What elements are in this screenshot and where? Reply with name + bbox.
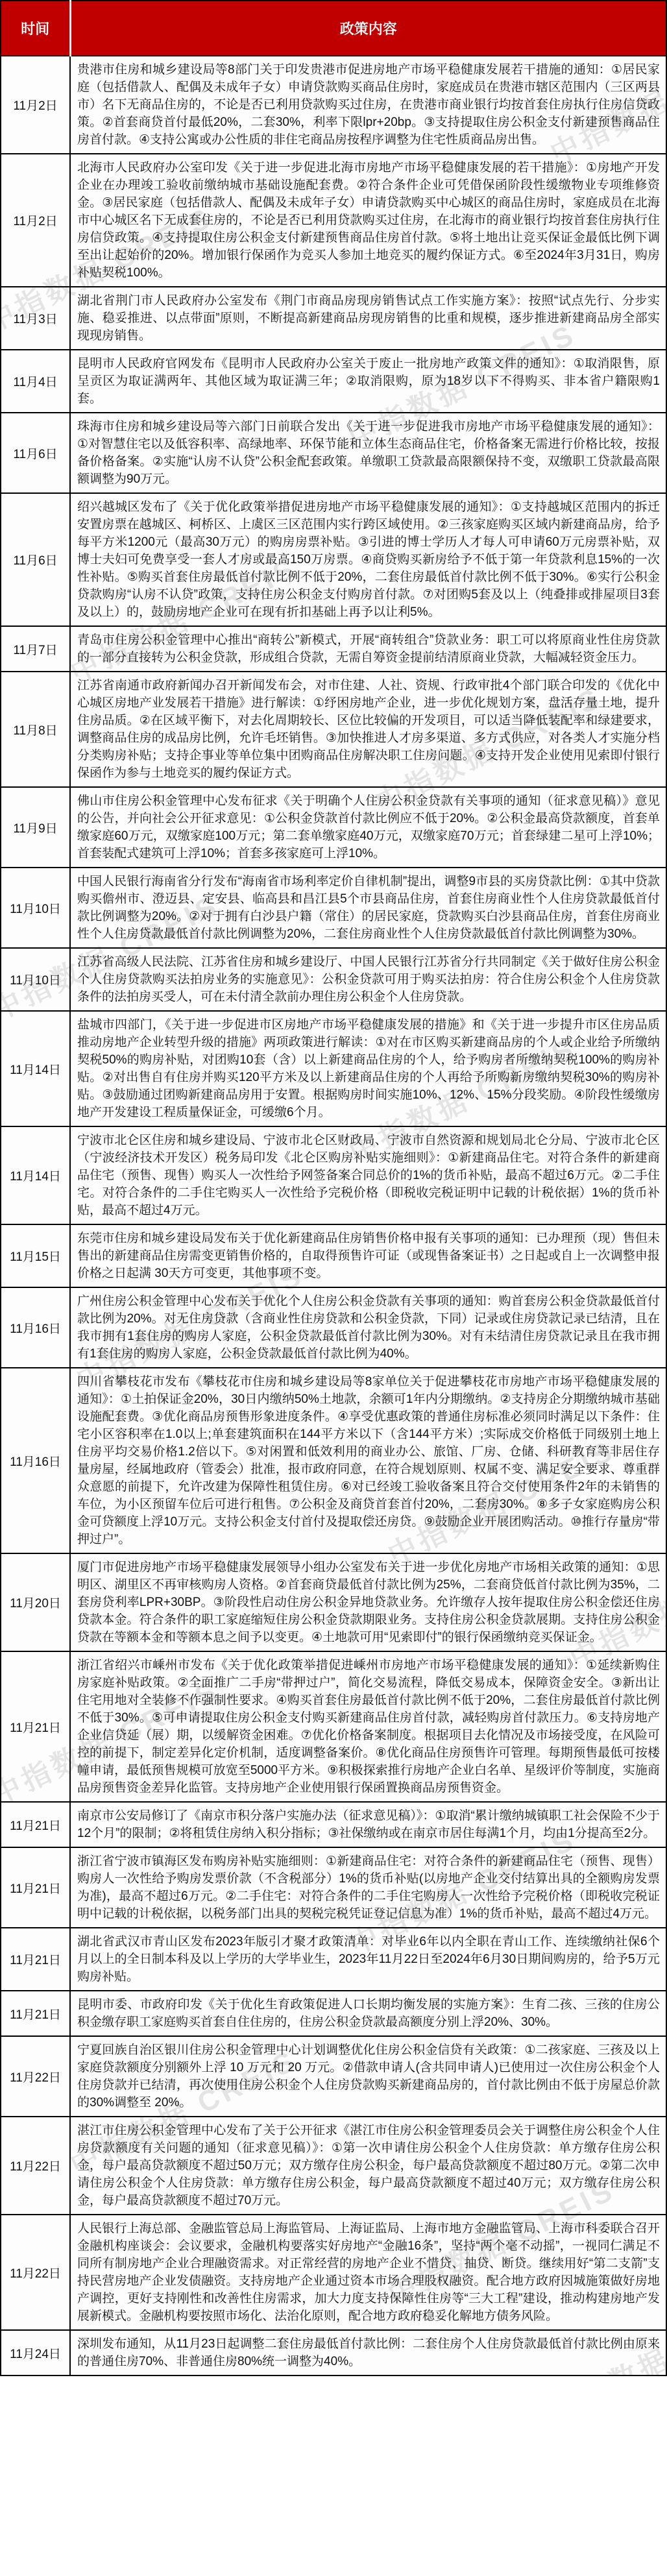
table-row: 11月2日 北海市人民政府办公室印发《关于进一步促进北海市房地产市场平稳健康发展… <box>1 154 666 287</box>
policy-date: 11月4日 <box>1 350 70 413</box>
policy-date: 11月16日 <box>1 1368 70 1553</box>
policy-content: 中国人民银行海南省分行发布“海南省市场利率定价自律机制”提出，调整9市县的买房贷… <box>70 868 666 948</box>
policy-date: 11月22日 <box>1 2215 70 2330</box>
table-row: 11月6日 绍兴越城区发布了《关于优化政策举措促进房地产市场平稳健康发展的通知》… <box>1 493 666 626</box>
table-row: 11月21日 湖北省武汉市青山区发布2023年版引才聚才政策清单：对毕业6年以内… <box>1 1928 666 1991</box>
table-row: 11月4日 昆明市人民政府官网发布《昆明市人民政府办公室关于废止一批房地产政策文… <box>1 350 666 413</box>
header-policy-content: 政策内容 <box>70 1 666 56</box>
table-row: 11月21日 浙江省宁波市镇海区发布购房补贴实施细则：①新建商品住宅：对符合条件… <box>1 1847 666 1928</box>
policy-content: 昆明市人民政府官网发布《昆明市人民政府办公室关于废止一批房地产政策文件的通知》：… <box>70 350 666 413</box>
policy-content: 湖北省武汉市青山区发布2023年版引才聚才政策清单：对毕业6年以内全职在青山工作… <box>70 1928 666 1991</box>
table-row: 11月22日 人民银行上海总部、金融监管总局上海监管局、上海证监局、上海市地方金… <box>1 2215 666 2330</box>
policy-content: 宁夏回族自治区银川住房公积金管理中心计划调整优化住房公积金信贷有关政策：①二孩家… <box>70 2036 666 2117</box>
policy-content: 佛山市住房公积金管理中心发布征求《关于明确个人住房公积金贷款有关事项的通知（征求… <box>70 787 666 868</box>
policy-date: 11月8日 <box>1 672 70 787</box>
policy-date: 11月9日 <box>1 787 70 868</box>
policy-content: 东莞市住房和城乡建设局发布关于优化新建商品住房销售价格申报有关事项的通知：已办理… <box>70 1224 666 1287</box>
table-row: 11月21日 昆明市委、市政府印发《关于优化生育政策促进人口长期均衡发展的实施方… <box>1 1991 666 2036</box>
table-row: 11月6日 珠海市住房和城乡建设局等六部门日前联合发出《关于进一步促进我市房地产… <box>1 413 666 493</box>
policy-date: 11月20日 <box>1 1553 70 1651</box>
policy-table-page: 中指数据 CREIS中指数据 CREIS中指数据 CREIS中指数据 CREIS… <box>0 0 667 2376</box>
policy-date: 11月7日 <box>1 626 70 672</box>
policy-content: 珠海市住房和城乡建设局等六部门日前联合发出《关于进一步促进我市房地产市场平稳健康… <box>70 413 666 493</box>
policy-date: 11月10日 <box>1 868 70 948</box>
policy-content: 南京市公安局修订了《南京市积分落户实施办法（征求意见稿）》：①取消“累计缴纳城镇… <box>70 1802 666 1847</box>
table-body: 11月2日 贵港市住房和城乡建设局等8部门关于印发贵港市促进房地产市场平稳健康发… <box>1 56 666 2376</box>
table-row: 11月22日 宁夏回族自治区银川住房公积金管理中心计划调整优化住房公积金信贷有关… <box>1 2036 666 2117</box>
policy-content: 厦门市促进房地产市场平稳健康发展领导小组办公室发布关于进一步优化房地产市场相关政… <box>70 1553 666 1651</box>
policy-content: 昆明市委、市政府印发《关于优化生育政策促进人口长期均衡发展的实施方案》：生育二孩… <box>70 1991 666 2036</box>
policy-content: 四川省攀枝花市发布《攀枝花市住房和城乡建设局等8家单位关于促进攀枝花市房地产市场… <box>70 1368 666 1553</box>
policy-date: 11月2日 <box>1 56 70 154</box>
policy-content: 深圳发布通知，从11月23日起调整二套住房最低首付款比例：二套住房个人住房贷款最… <box>70 2330 666 2376</box>
policy-content: 广州住房公积金管理中心发布关于优化个人住房公积金贷款有关事项的通知：购首套房公积… <box>70 1287 666 1368</box>
policy-date: 11月22日 <box>1 2117 70 2215</box>
policy-date: 11月14日 <box>1 1126 70 1224</box>
policy-date: 11月22日 <box>1 2036 70 2117</box>
table-row: 11月16日 广州住房公积金管理中心发布关于优化个人住房公积金贷款有关事项的通知… <box>1 1287 666 1368</box>
table-row: 11月14日 宁波市北仑区住房和城乡建设局、宁波市北仑区财政局、宁波市自然资源和… <box>1 1126 666 1224</box>
policy-date: 11月21日 <box>1 1991 70 2036</box>
policy-date: 11月10日 <box>1 948 70 1011</box>
table-row: 11月3日 湖北省荆门市人民政府办公室发布《荆门市商品房现房销售试点工作实施方案… <box>1 287 666 350</box>
policy-content: 盐城市四部门，《关于进一步促进市区房地产市场平稳健康发展的措施》和《关于进一步提… <box>70 1011 666 1126</box>
table-row: 11月14日 盐城市四部门，《关于进一步促进市区房地产市场平稳健康发展的措施》和… <box>1 1011 666 1126</box>
policy-content: 北海市人民政府办公室印发《关于进一步促进北海市房地产市场平稳健康发展的若干措施》… <box>70 154 666 287</box>
policy-date: 11月14日 <box>1 1011 70 1126</box>
policy-date: 11月3日 <box>1 287 70 350</box>
table-header: 时间 政策内容 <box>1 1 666 56</box>
table-row: 11月20日 厦门市促进房地产市场平稳健康发展领导小组办公室发布关于进一步优化房… <box>1 1553 666 1651</box>
table-row: 11月16日 四川省攀枝花市发布《攀枝花市住房和城乡建设局等8家单位关于促进攀枝… <box>1 1368 666 1553</box>
table-row: 11月24日 深圳发布通知，从11月23日起调整二套住房最低首付款比例：二套住房… <box>1 2330 666 2376</box>
policy-content: 江苏省高级人民法院、江苏省住房和城乡建设厅、中国人民银行江苏省分行共同制定《关于… <box>70 948 666 1011</box>
header-time: 时间 <box>1 1 70 56</box>
policy-content: 江苏省南通市政府新闻办召开新闻发布会，对市住建、人社、资规、行政审批4个部门联合… <box>70 672 666 787</box>
policy-date: 11月6日 <box>1 413 70 493</box>
policy-date: 11月21日 <box>1 1802 70 1847</box>
table-row: 11月10日 江苏省高级人民法院、江苏省住房和城乡建设厅、中国人民银行江苏省分行… <box>1 948 666 1011</box>
policy-content: 贵港市住房和城乡建设局等8部门关于印发贵港市促进房地产市场平稳健康发展若干措施的… <box>70 56 666 154</box>
policy-date: 11月2日 <box>1 154 70 287</box>
table-row: 11月7日 青岛市住房公积金管理中心推出“商转公”新模式，开展“商转组合”贷款业… <box>1 626 666 672</box>
table-row: 11月21日 南京市公安局修订了《南京市积分落户实施办法（征求意见稿）》：①取消… <box>1 1802 666 1847</box>
policy-content: 浙江省绍兴市嵊州市发布《关于优化政策举措促进嵊州市房地产市场平稳健康发展的通知》… <box>70 1651 666 1802</box>
policy-content: 绍兴越城区发布了《关于优化政策举措促进房地产市场平稳健康发展的通知》：①支持越城… <box>70 493 666 626</box>
table-row: 11月9日 佛山市住房公积金管理中心发布征求《关于明确个人住房公积金贷款有关事项… <box>1 787 666 868</box>
policy-content: 宁波市北仑区住房和城乡建设局、宁波市北仑区财政局、宁波市自然资源和规划局北仑分局… <box>70 1126 666 1224</box>
policy-content: 湖北省荆门市人民政府办公室发布《荆门市商品房现房销售试点工作实施方案》：按照“试… <box>70 287 666 350</box>
policy-content: 青岛市住房公积金管理中心推出“商转公”新模式，开展“商转组合”贷款业务：职工可以… <box>70 626 666 672</box>
policy-date: 11月21日 <box>1 1651 70 1802</box>
table-row: 11月10日 中国人民银行海南省分行发布“海南省市场利率定价自律机制”提出，调整… <box>1 868 666 948</box>
table-row: 11月22日 湛江市住房公积金管理中心发布了关于公开征求《湛江市住房公积金管理委… <box>1 2117 666 2215</box>
policy-date: 11月21日 <box>1 1847 70 1928</box>
policy-content: 人民银行上海总部、金融监管总局上海监管局、上海证监局、上海市地方金融监管局、上海… <box>70 2215 666 2330</box>
policy-content: 湛江市住房公积金管理中心发布了关于公开征求《湛江市住房公积金管理委员会关于调整住… <box>70 2117 666 2215</box>
table-row: 11月21日 浙江省绍兴市嵊州市发布《关于优化政策举措促进嵊州市房地产市场平稳健… <box>1 1651 666 1802</box>
table-row: 11月8日 江苏省南通市政府新闻办召开新闻发布会，对市住建、人社、资规、行政审批… <box>1 672 666 787</box>
table-row: 11月15日 东莞市住房和城乡建设局发布关于优化新建商品住房销售价格申报有关事项… <box>1 1224 666 1287</box>
policy-date: 11月15日 <box>1 1224 70 1287</box>
policy-date: 11月6日 <box>1 493 70 626</box>
policy-date: 11月24日 <box>1 2330 70 2376</box>
table-row: 11月2日 贵港市住房和城乡建设局等8部门关于印发贵港市促进房地产市场平稳健康发… <box>1 56 666 154</box>
policy-date: 11月16日 <box>1 1287 70 1368</box>
policy-table: 时间 政策内容 11月2日 贵港市住房和城乡建设局等8部门关于印发贵港市促进房地… <box>0 0 667 2376</box>
policy-content: 浙江省宁波市镇海区发布购房补贴实施细则：①新建商品住宅：对符合条件的新建商品住宅… <box>70 1847 666 1928</box>
policy-date: 11月21日 <box>1 1928 70 1991</box>
